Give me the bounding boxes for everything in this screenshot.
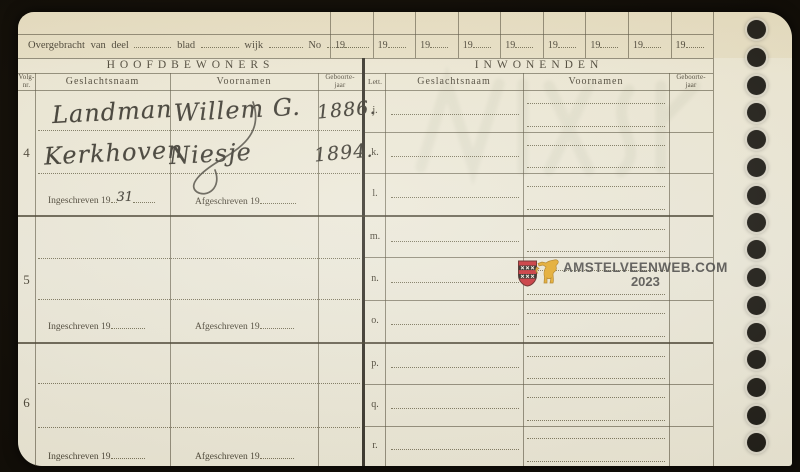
year-prefix: 19 xyxy=(633,40,643,51)
writing-line xyxy=(527,209,665,210)
punch-hole xyxy=(747,323,766,342)
column-header-birthyear: Geboorte- jaar xyxy=(318,74,362,89)
column-header-lett: Lett. xyxy=(365,73,385,90)
afgeschreven-label: Afgeschreven 19 xyxy=(195,319,294,332)
pen-flourish xyxy=(160,100,270,200)
writing-line xyxy=(391,367,519,368)
letter-label: l. xyxy=(365,173,385,215)
year-prefix: 19 xyxy=(590,40,600,51)
punch-hole xyxy=(747,76,766,95)
ingeschreven-label: Ingeschreven 19 xyxy=(48,449,145,462)
dotted-blank xyxy=(558,38,576,48)
dotted-blank xyxy=(473,38,491,48)
year-strip-cell xyxy=(543,12,586,34)
year-prefix: 19 xyxy=(463,40,473,51)
writing-line xyxy=(527,356,665,357)
punch-hole xyxy=(747,186,766,205)
dotted-blank xyxy=(111,319,145,329)
writing-line xyxy=(527,294,665,295)
year-cell: 19 xyxy=(415,34,458,58)
column-header-surname: Geslachtsnaam xyxy=(35,73,170,90)
inwonenden-row: p. xyxy=(365,344,713,384)
dotted-blank xyxy=(260,449,294,459)
hoofdbewoners-row: 4 Landman Willem G. 1886. Kerkhoven Nies… xyxy=(18,90,362,215)
row-number: 6 xyxy=(18,344,35,462)
watermark: AMSTELVEENWEB.COM 2023 xyxy=(517,260,728,289)
dotted-blank xyxy=(430,38,448,48)
punch-hole xyxy=(747,378,766,397)
punch-hole xyxy=(747,158,766,177)
year-cell: 19 xyxy=(458,34,501,58)
writing-line xyxy=(38,258,360,259)
writing-line xyxy=(391,114,519,115)
year-cell: 19 xyxy=(500,34,543,58)
dotted-blank xyxy=(134,38,171,48)
hoofdbewoners-row: 5 Ingeschreven 19 Afgeschreven 19 xyxy=(18,217,362,342)
column-header-volgnr: Volg- nr. xyxy=(18,74,35,89)
dotted-blank xyxy=(260,319,294,329)
watermark-year: 2023 xyxy=(563,275,728,289)
year-row: 19 19 19 19 19 19 19 19 19 xyxy=(330,34,713,58)
dotted-blank xyxy=(388,38,406,48)
writing-line xyxy=(391,449,519,450)
column-header-birthyear-inw: Geboorte- jaar xyxy=(669,74,713,89)
writing-line xyxy=(391,197,519,198)
year-cell: 19 xyxy=(671,34,714,58)
punch-hole xyxy=(747,433,766,452)
lion-rampant-icon xyxy=(534,257,560,287)
inwonenden-row: k. xyxy=(365,132,713,173)
writing-line xyxy=(527,378,665,379)
afgeschreven-label: Afgeschreven 19 xyxy=(195,194,296,207)
row-number: 5 xyxy=(18,217,35,342)
year-strip-cell xyxy=(671,12,714,34)
column-header-birthyear-inw-line2: jaar xyxy=(669,82,713,90)
writing-line xyxy=(527,438,665,439)
inwonenden-row: l. xyxy=(365,173,713,215)
letter-label: m. xyxy=(365,217,385,257)
year-strip-cell xyxy=(415,12,458,34)
ingeschreven-year-handwritten: 31 xyxy=(117,190,134,205)
transfer-row: Overgebracht van deel blad wijk No xyxy=(28,34,328,58)
ingeschreven-text: Ingeschreven 19 xyxy=(48,322,111,332)
dotted-blank xyxy=(269,38,303,48)
inwonenden-row: o. xyxy=(365,300,713,342)
transfer-no-label: No xyxy=(308,40,321,51)
year-cell: 19 xyxy=(330,34,373,58)
column-header-firstnames-inw: Voornamen xyxy=(523,73,669,90)
top-strip-year-columns xyxy=(330,12,713,34)
transfer-wijk-label: wijk xyxy=(244,40,263,51)
inwonenden-row: j. xyxy=(365,90,713,132)
watermark-site: AMSTELVEENWEB.COM xyxy=(563,260,728,275)
column-header-firstnames: Voornamen xyxy=(170,73,318,90)
year-strip-cell xyxy=(458,12,501,34)
letter-label: o. xyxy=(365,300,385,342)
year-strip-cell xyxy=(500,12,543,34)
entry-surname: Landman xyxy=(51,95,173,129)
afgeschreven-label: Afgeschreven 19 xyxy=(195,449,294,462)
writing-line xyxy=(391,324,519,325)
inwonenden-row: q. xyxy=(365,384,713,426)
year-cell: 19 xyxy=(543,34,586,58)
dotted-blank xyxy=(643,38,661,48)
letter-label: j. xyxy=(365,90,385,132)
ingeschreven-label: Ingeschreven 19 xyxy=(48,319,145,332)
dotted-blank xyxy=(111,449,145,459)
transfer-label: Overgebracht van deel xyxy=(28,40,129,51)
writing-line xyxy=(527,103,665,104)
writing-line xyxy=(391,156,519,157)
column-header-surname-inw: Geslachtsnaam xyxy=(385,73,523,90)
year-prefix: 19 xyxy=(378,40,388,51)
register-card: Overgebracht van deel blad wijk No 19 19… xyxy=(18,12,792,466)
punch-hole xyxy=(747,240,766,259)
writing-line xyxy=(38,383,360,384)
writing-line xyxy=(527,167,665,168)
inwonenden-row: m. xyxy=(365,217,713,257)
letter-label: r. xyxy=(365,426,385,466)
punch-hole xyxy=(747,268,766,287)
year-cell: 19 xyxy=(628,34,671,58)
year-prefix: 19 xyxy=(676,40,686,51)
grid-line xyxy=(713,12,714,466)
section-title-hoofdbewoners: HOOFDBEWONERS xyxy=(18,58,363,73)
dotted-blank xyxy=(111,193,117,203)
inwonenden-row: r. xyxy=(365,426,713,466)
writing-line xyxy=(527,251,665,252)
year-cell: 19 xyxy=(585,34,628,58)
writing-line xyxy=(527,126,665,127)
dotted-blank xyxy=(345,38,363,48)
scan-background: Overgebracht van deel blad wijk No 19 19… xyxy=(0,0,800,472)
writing-line xyxy=(527,186,665,187)
dotted-blank xyxy=(600,38,618,48)
ingeschreven-text: Ingeschreven 19 xyxy=(48,196,111,206)
section-title-inwonenden: INWONENDEN xyxy=(365,58,713,73)
column-header-birthyear-inw-line1: Geboorte- xyxy=(669,74,713,82)
punch-hole xyxy=(747,130,766,149)
hoofdbewoners-row: 6 Ingeschreven 19 Afgeschreven 19 xyxy=(18,344,362,466)
dotted-blank xyxy=(133,193,155,203)
dotted-blank xyxy=(201,38,239,48)
ingeschreven-text: Ingeschreven 19 xyxy=(48,452,111,462)
letter-label: p. xyxy=(365,344,385,384)
watermark-text-block: AMSTELVEENWEB.COM 2023 xyxy=(563,260,728,289)
column-header-birthyear-line2: jaar xyxy=(318,82,362,90)
year-prefix: 19 xyxy=(335,40,345,51)
writing-line xyxy=(527,145,665,146)
ingeschreven-label: Ingeschreven 1931 xyxy=(48,192,155,207)
writing-line xyxy=(527,313,665,314)
writing-line xyxy=(38,299,360,300)
writing-line xyxy=(527,420,665,421)
column-header-volgnr-line1: Volg- xyxy=(18,74,35,82)
dotted-blank xyxy=(515,38,533,48)
dotted-blank xyxy=(260,194,296,204)
writing-line xyxy=(38,427,360,428)
letter-label: k. xyxy=(365,132,385,173)
punch-hole xyxy=(747,213,766,232)
afgeschreven-text: Afgeschreven 19 xyxy=(195,322,260,332)
letter-label: q. xyxy=(365,384,385,426)
transfer-blad-label: blad xyxy=(177,40,195,51)
writing-line xyxy=(391,241,519,242)
dotted-blank xyxy=(686,38,704,48)
writing-line xyxy=(391,408,519,409)
writing-line xyxy=(527,397,665,398)
writing-line xyxy=(391,282,519,283)
year-prefix: 19 xyxy=(505,40,515,51)
year-cell: 19 xyxy=(373,34,416,58)
afgeschreven-text: Afgeschreven 19 xyxy=(195,452,260,462)
writing-line xyxy=(527,461,665,462)
column-header-birthyear-line1: Geboorte- xyxy=(318,74,362,82)
year-strip-cell xyxy=(585,12,628,34)
year-strip-cell xyxy=(628,12,671,34)
punch-hole xyxy=(747,296,766,315)
punch-hole xyxy=(747,48,766,67)
writing-line xyxy=(527,336,665,337)
year-prefix: 19 xyxy=(548,40,558,51)
column-header-volgnr-line2: nr. xyxy=(18,82,35,90)
punch-hole xyxy=(747,103,766,122)
row-number: 4 xyxy=(18,90,35,215)
punch-hole xyxy=(747,350,766,369)
punch-hole xyxy=(747,406,766,425)
year-strip-cell xyxy=(373,12,416,34)
year-strip-cell xyxy=(330,12,373,34)
punch-hole xyxy=(747,20,766,39)
year-prefix: 19 xyxy=(420,40,430,51)
afgeschreven-text: Afgeschreven 19 xyxy=(195,197,260,207)
letter-label: n. xyxy=(365,257,385,300)
writing-line xyxy=(527,229,665,230)
